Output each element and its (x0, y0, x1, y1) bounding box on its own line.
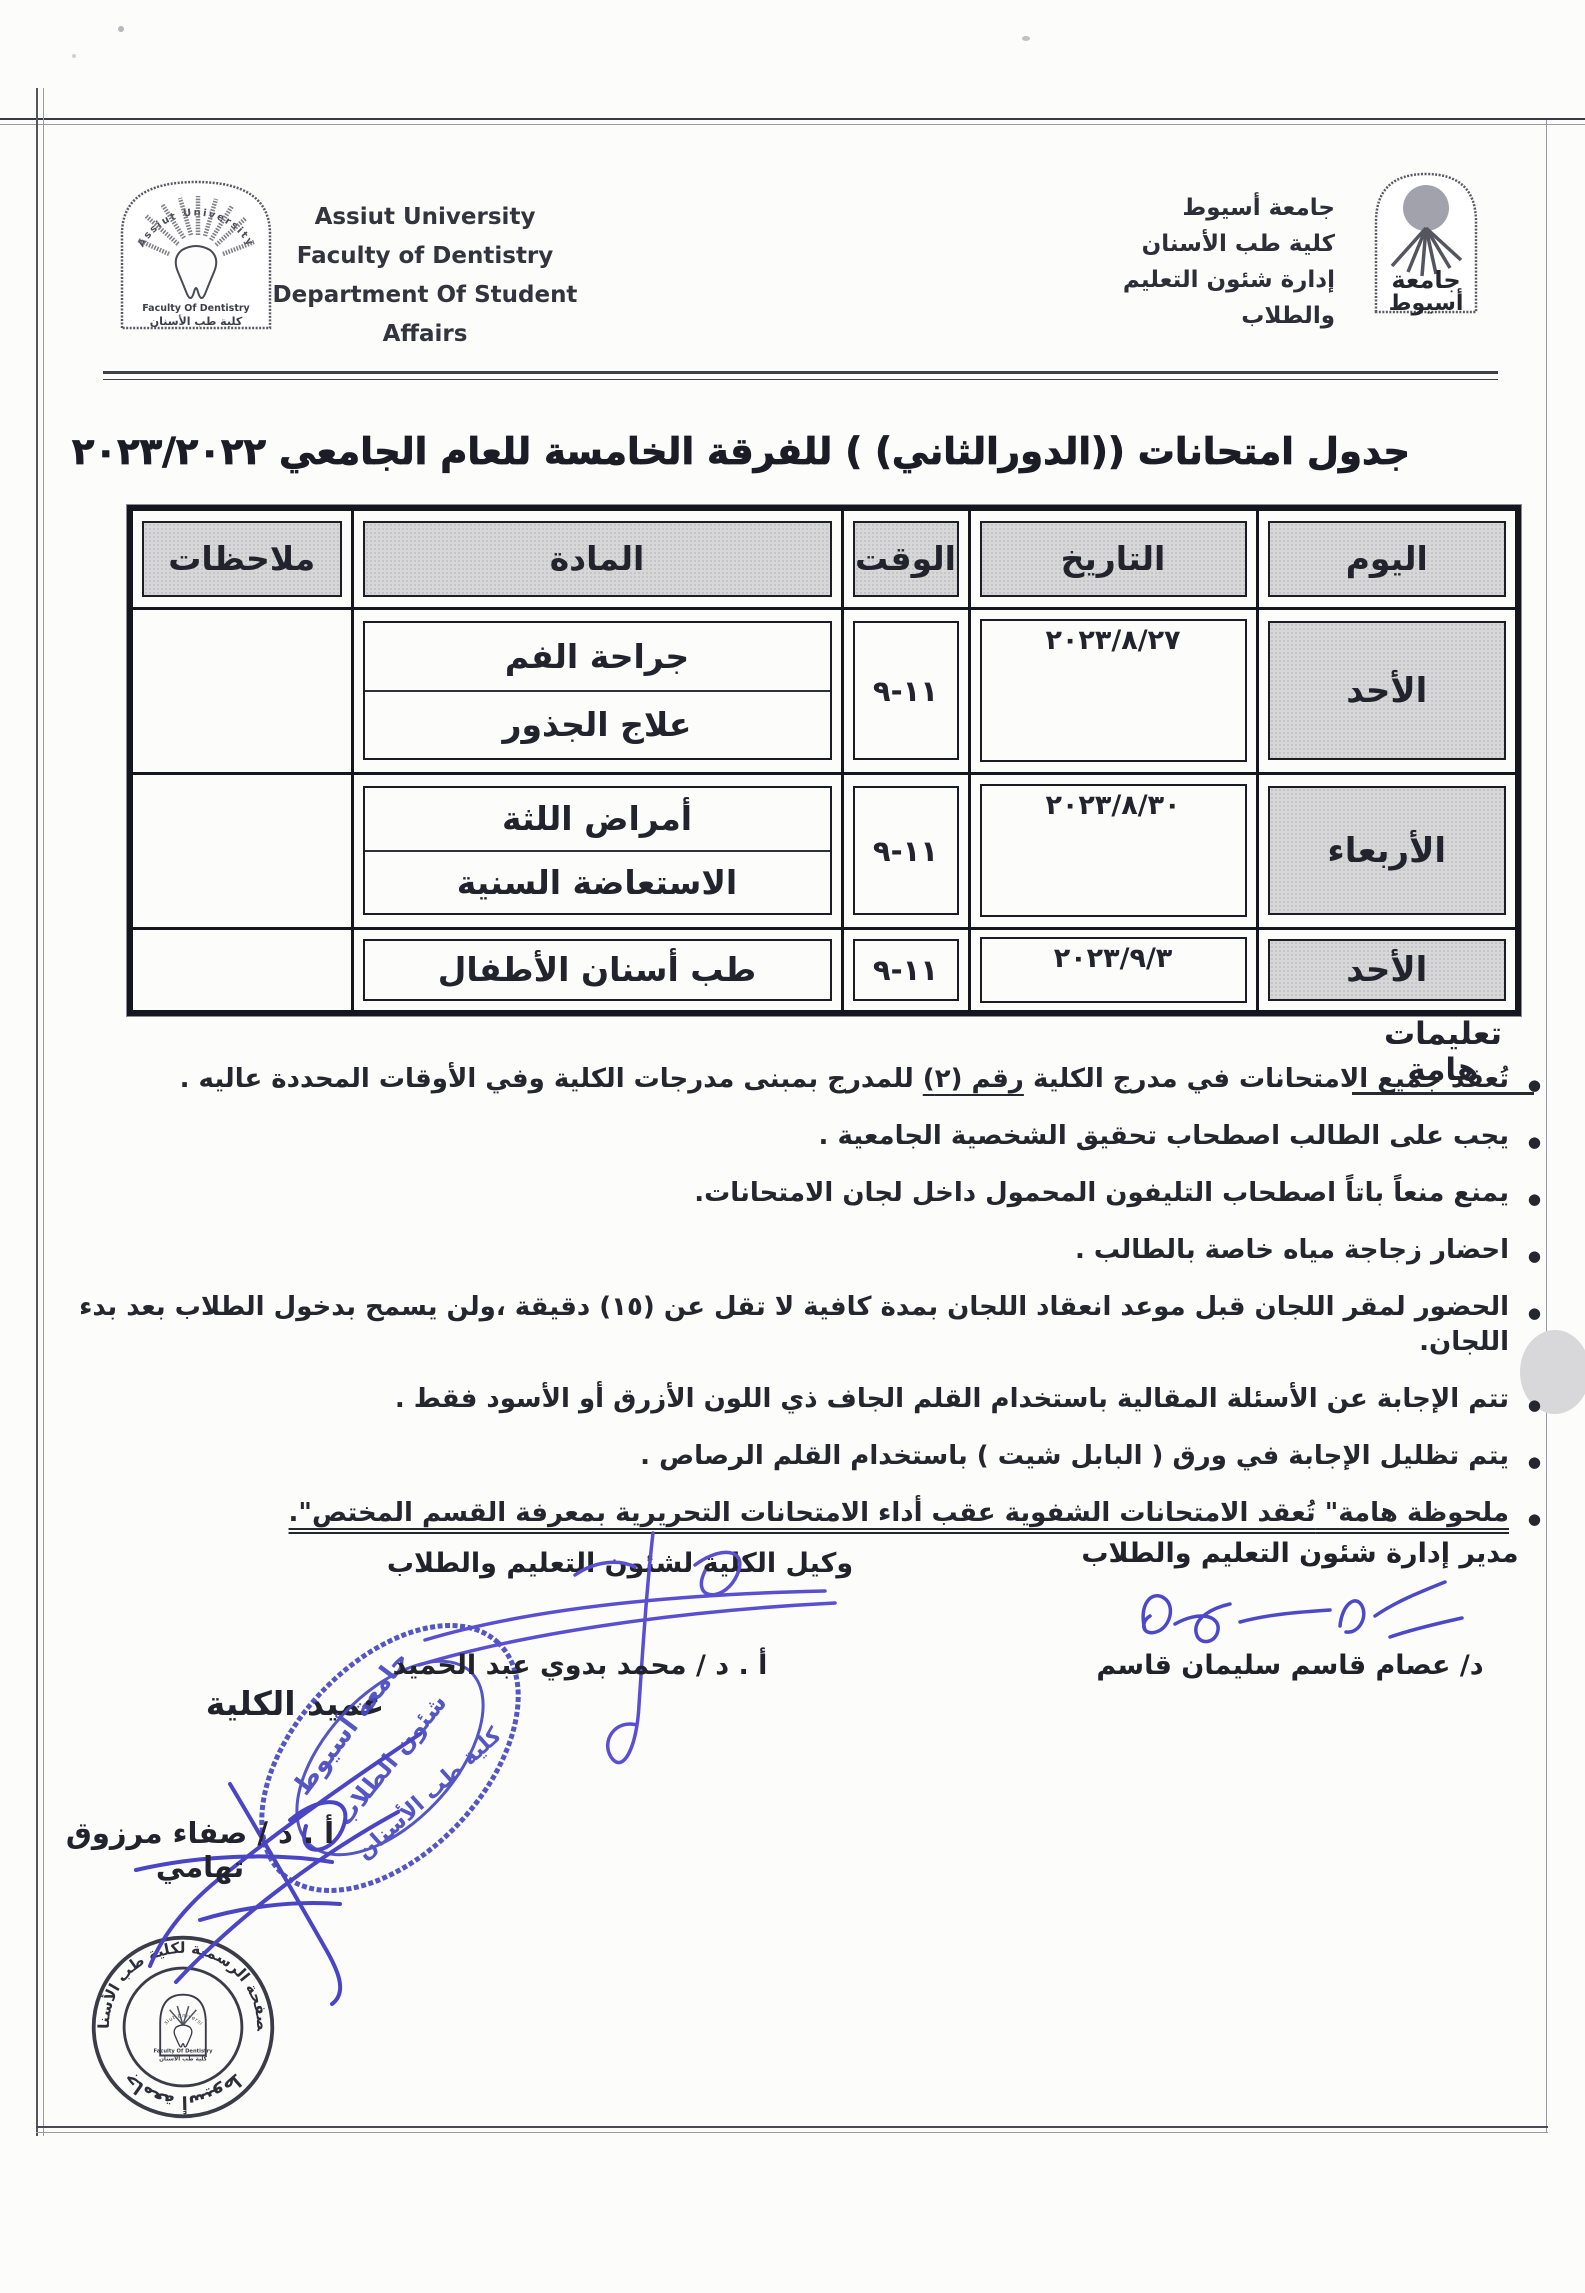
round-stamp-bottom-text: جامعة أسيوط (119, 2069, 247, 2114)
header-english: Assiut University Faculty of Dentistry D… (245, 198, 605, 354)
table-header-cell: الوقت (842, 508, 969, 608)
exam-schedule-table: اليومالتاريخالوقتالمادةملاحظات الأحد٢٠٢٣… (127, 505, 1521, 1016)
assiut-university-logo: جامعة أسيوط (1368, 166, 1484, 318)
instruction-item: احضار زجاجة مياه خاصة بالطالب . (70, 1233, 1545, 1268)
university-logo-icon: جامعة أسيوط (1368, 166, 1484, 318)
scan-speck (72, 54, 76, 58)
scan-speck (1022, 36, 1030, 41)
table-header-row: اليومالتاريخالوقتالمادةملاحظات (130, 508, 1518, 608)
svg-text:جامعة أسيوط: جامعة أسيوط (119, 2069, 247, 2114)
subject-name: الاستعاضة السنية (365, 850, 830, 914)
header-separator-line (103, 371, 1498, 380)
instruction-item: الحضور لمقر اللجان قبل موعد انعقاد اللجا… (70, 1290, 1545, 1360)
scanned-exam-schedule-page: Assiut University Faculty Of Dentistry ك… (0, 0, 1585, 2293)
bottom-frame-line (36, 2126, 1548, 2133)
logo-word-2: أسيوط (1389, 287, 1464, 316)
date-cell: ٢٠٢٣/٩/٣ (969, 928, 1257, 1013)
table-header-cell: اليوم (1257, 508, 1518, 608)
table-header-cell: المادة (352, 508, 842, 608)
subject-cell: طب أسنان الأطفال (352, 928, 842, 1013)
right-frame-line (1546, 120, 1549, 2132)
time-cell: ١١-٩ (842, 608, 969, 773)
department-name-ar: إدارة شئون التعليم والطلاب (1035, 262, 1335, 334)
table-row: الأحد٢٠٢٣/٩/٣١١-٩طب أسنان الأطفال (130, 928, 1518, 1013)
day-cell: الأربعاء (1257, 773, 1518, 928)
table-header-cell: التاريخ (969, 508, 1257, 608)
date-cell: ٢٠٢٣/٨/٣٠ (969, 773, 1257, 928)
director-name: د/ عصام قاسم سليمان قاسم (1090, 1650, 1490, 1681)
vice-dean-name: أ . د / محمد بدوي عبد الحميد (340, 1650, 820, 1681)
department-name-en: Department Of Student Affairs (245, 276, 605, 354)
subject-name: طب أسنان الأطفال (365, 941, 830, 999)
instructions-list: تُعقد جميع الامتحانات في مدرج الكلية رقم… (70, 1062, 1545, 1553)
dean-name: أ . د / صفاء مرزوق تهامي (30, 1816, 370, 1884)
subject-name: أمراض اللثة (365, 788, 830, 850)
day-cell: الأحد (1257, 608, 1518, 773)
table-row: الأحد٢٠٢٣/٨/٢٧١١-٩جراحة الفمعلاج الجذور (130, 608, 1518, 773)
exam-table-body: الأحد٢٠٢٣/٨/٢٧١١-٩جراحة الفمعلاج الجذورا… (130, 608, 1518, 1013)
university-name-ar: جامعة أسيوط (1035, 190, 1335, 226)
round-stamp-center-en: Faculty Of Dentistry (153, 2049, 213, 2055)
page-title: جدول امتحانات ((الدورالثاني) ) للفرقة ال… (170, 430, 1410, 473)
date-cell: ٢٠٢٣/٨/٢٧ (969, 608, 1257, 773)
subject-name: جراحة الفم (365, 623, 830, 690)
top-rule-line (0, 118, 1585, 125)
instruction-item: تتم الإجابة عن الأسئلة المقالية باستخدام… (70, 1382, 1545, 1417)
signature-stroke (1143, 1582, 1462, 1642)
logo-en-text: Faculty Of Dentistry (142, 303, 250, 314)
faculty-name-ar: كلية طب الأسنان (1035, 226, 1335, 262)
notes-cell (130, 608, 352, 773)
day-cell: الأحد (1257, 928, 1518, 1013)
instruction-item: تُعقد جميع الامتحانات في مدرج الكلية رقم… (70, 1062, 1545, 1097)
scan-speck (118, 26, 124, 32)
logo-word-1: جامعة (1391, 266, 1460, 294)
notes-cell (130, 773, 352, 928)
instruction-item: يتم تظليل الإجابة في ورق ( البابل شيت ) … (70, 1439, 1545, 1474)
table-row: الأربعاء٢٠٢٣/٨/٣٠١١-٩أمراض اللثةالاستعاض… (130, 773, 1518, 928)
notes-cell (130, 928, 352, 1013)
university-name-en: Assiut University (245, 198, 605, 237)
instruction-item: يجب على الطالب اصطحاب تحقيق الشخصية الجا… (70, 1119, 1545, 1154)
logo-ar-text: كلية طب الأسنان (150, 314, 243, 328)
subject-name: علاج الجذور (365, 690, 830, 759)
subject-cell: جراحة الفمعلاج الجذور (352, 608, 842, 773)
tooth-icon (174, 2025, 192, 2047)
header-arabic: جامعة أسيوط كلية طب الأسنان إدارة شئون ا… (1035, 190, 1335, 334)
time-cell: ١١-٩ (842, 928, 969, 1013)
round-stamp-center-ar: كلية طب الأسنان (159, 2054, 208, 2062)
faculty-name-en: Faculty of Dentistry (245, 237, 605, 276)
time-cell: ١١-٩ (842, 773, 969, 928)
subject-cell: أمراض اللثةالاستعاضة السنية (352, 773, 842, 928)
instruction-item: يمنع منعاً باتاً اصطحاب التليفون المحمول… (70, 1176, 1545, 1211)
sun-icon (1403, 185, 1449, 231)
table-header-cell: ملاحظات (130, 508, 352, 608)
